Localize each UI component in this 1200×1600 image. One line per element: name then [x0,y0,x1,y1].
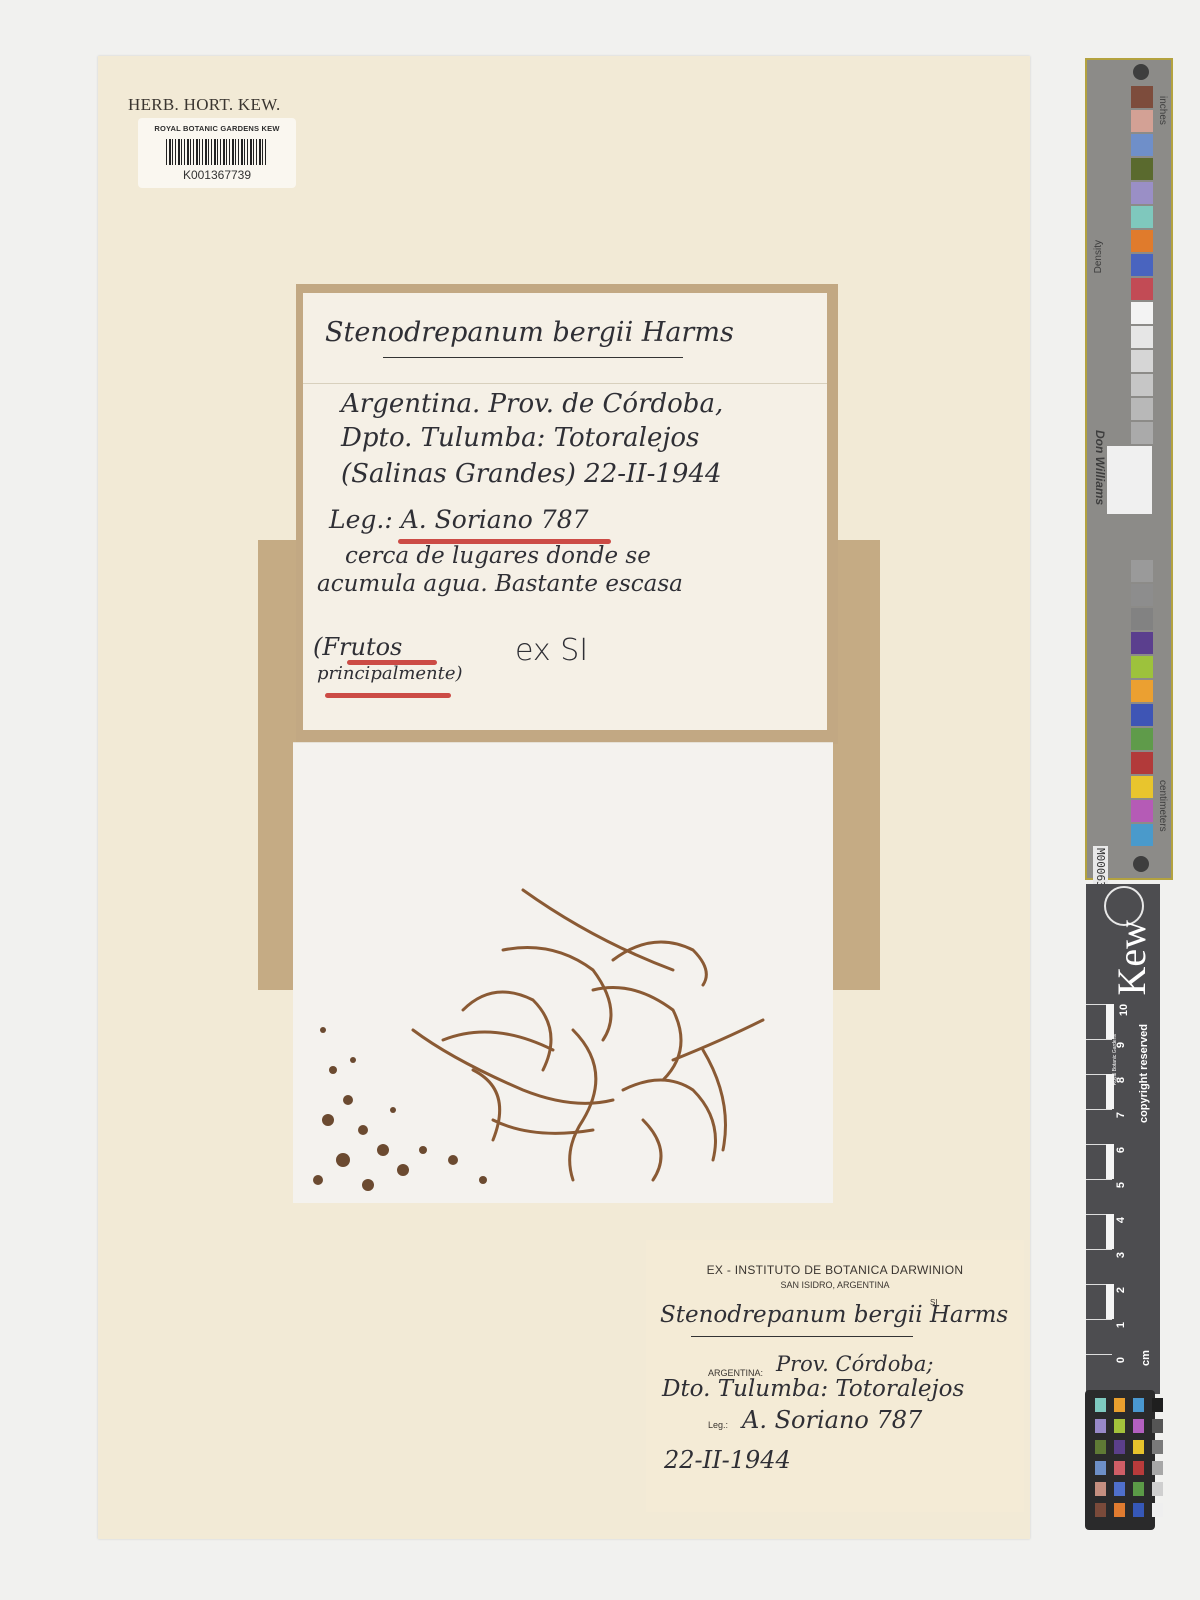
packet-locality-1: Argentina. Prov. de Córdoba, [341,389,723,419]
label-fold-line [303,383,827,384]
darwinion-collector: A. Soriano 787 [742,1406,922,1434]
checker-patch [1133,1482,1144,1496]
checker-patch [1095,1398,1106,1412]
checker-patch [1133,1419,1144,1433]
herbarium-title: HERB. HORT. KEW. [128,95,281,115]
packet-taxon: Stenodrepanum bergii Harms [325,317,734,348]
color-checker-card [1085,1390,1155,1530]
registration-dot-bottom-icon [1133,856,1149,872]
barcode-icon [166,139,266,165]
checker-patch [1114,1461,1125,1475]
brand-label: Don Williams [1093,430,1107,505]
darwinion-institution: EX - INSTITUTO DE BOTANICA DARWINION [646,1263,1024,1277]
packet-locality-2: Dpto. Tulumba: Totoralejos [341,423,699,453]
color-swatch [1131,656,1153,678]
checker-patch [1133,1440,1144,1454]
darwinion-city: SAN ISIDRO, ARGENTINA [646,1280,1024,1290]
color-swatch [1131,824,1153,846]
checker-patch [1133,1398,1144,1412]
color-swatch [1131,350,1153,372]
checker-patch [1152,1440,1163,1454]
checker-patch [1133,1503,1144,1517]
checker-patch [1095,1482,1106,1496]
darwinion-locality-1: Prov. Córdoba; [776,1352,933,1376]
color-swatch [1131,158,1153,180]
checker-patch [1133,1461,1144,1475]
color-checker-grid [1095,1398,1163,1517]
plant-specimen [293,860,833,1200]
checker-patch [1114,1482,1125,1496]
cm-scale [1086,1004,1114,1359]
barcode-org: ROYAL BOTANIC GARDENS KEW [138,124,296,133]
color-swatch [1131,398,1153,420]
copyright-text: copyright reserved [1138,1024,1150,1123]
color-swatch [1131,608,1153,630]
color-swatch [1131,110,1153,132]
checker-patch [1095,1440,1106,1454]
kew-scale-ruler: Kew Royal Botanic Gardens copyright rese… [1086,884,1160,1394]
principalmente-red-underline [325,693,451,698]
checker-patch [1095,1503,1106,1517]
color-swatch [1131,422,1153,444]
color-swatch [1131,278,1153,300]
color-swatch [1131,728,1153,750]
centimeters-label: centimeters [1157,780,1168,832]
color-swatch [1131,254,1153,276]
color-swatch [1131,206,1153,228]
darwinion-date: 22-II-1944 [664,1446,791,1474]
packet-locality-3: (Salinas Grandes) 22-II-1944 [341,459,722,489]
checker-patch [1152,1461,1163,1475]
color-swatch [1131,752,1153,774]
checker-patch [1114,1440,1125,1454]
checker-patch [1152,1419,1163,1433]
darwinion-taxon: Stenodrepanum bergii Harms [660,1302,1008,1328]
color-swatch [1131,632,1153,654]
packet-collector: Leg.: A. Soriano 787 [329,505,589,534]
color-swatch [1131,800,1153,822]
barcode-label: ROYAL BOTANIC GARDENS KEW K001367739 [138,118,296,188]
darwinion-label: EX - INSTITUTO DE BOTANICA DARWINION SAN… [646,1240,1024,1512]
color-swatch [1131,86,1153,108]
color-swatch [1131,374,1153,396]
checker-patch [1114,1398,1125,1412]
taxon-underline [383,357,683,358]
color-swatch [1131,560,1153,582]
color-swatch [1131,302,1153,324]
packet-label: Stenodrepanum bergii Harms Argentina. Pr… [303,293,827,730]
checker-patch [1095,1419,1106,1433]
checker-patch [1152,1503,1163,1517]
cm-unit-label: cm [1140,1350,1152,1366]
density-label: Density [1093,240,1104,273]
swatches-bottom [1131,560,1153,848]
packet-note-ex: ex SI [515,633,588,668]
packet-note-1: (Frutos [313,633,402,661]
color-swatch [1131,680,1153,702]
darwinion-locality-2: Dto. Tulumba: Totoralejos [662,1376,964,1402]
color-swatch [1131,134,1153,156]
color-swatch [1131,230,1153,252]
color-swatch [1131,584,1153,606]
packet-note-2: principalmente) [317,663,463,684]
registration-dot-top-icon [1133,64,1149,80]
barcode-number: K001367739 [138,168,296,182]
darwinion-taxon-underline [691,1336,913,1337]
checker-patch [1114,1419,1125,1433]
color-swatch [1131,326,1153,348]
inches-label: inches [1157,96,1168,125]
checker-patch [1114,1503,1125,1517]
color-swatch [1131,704,1153,726]
resolution-target [1107,446,1152,514]
color-swatch [1131,182,1153,204]
packet-habitat-2: acumula agua. Bastante escasa [317,571,683,597]
kew-logo: Kew [1108,920,1155,996]
darwinion-leg-label: Leg.: [708,1420,728,1430]
color-swatch [1131,776,1153,798]
swatches-top [1131,86,1153,446]
checker-patch [1152,1398,1163,1412]
checker-patch [1095,1461,1106,1475]
packet-habitat-1: cerca de lugares donde se [345,543,651,569]
checker-patch [1152,1482,1163,1496]
